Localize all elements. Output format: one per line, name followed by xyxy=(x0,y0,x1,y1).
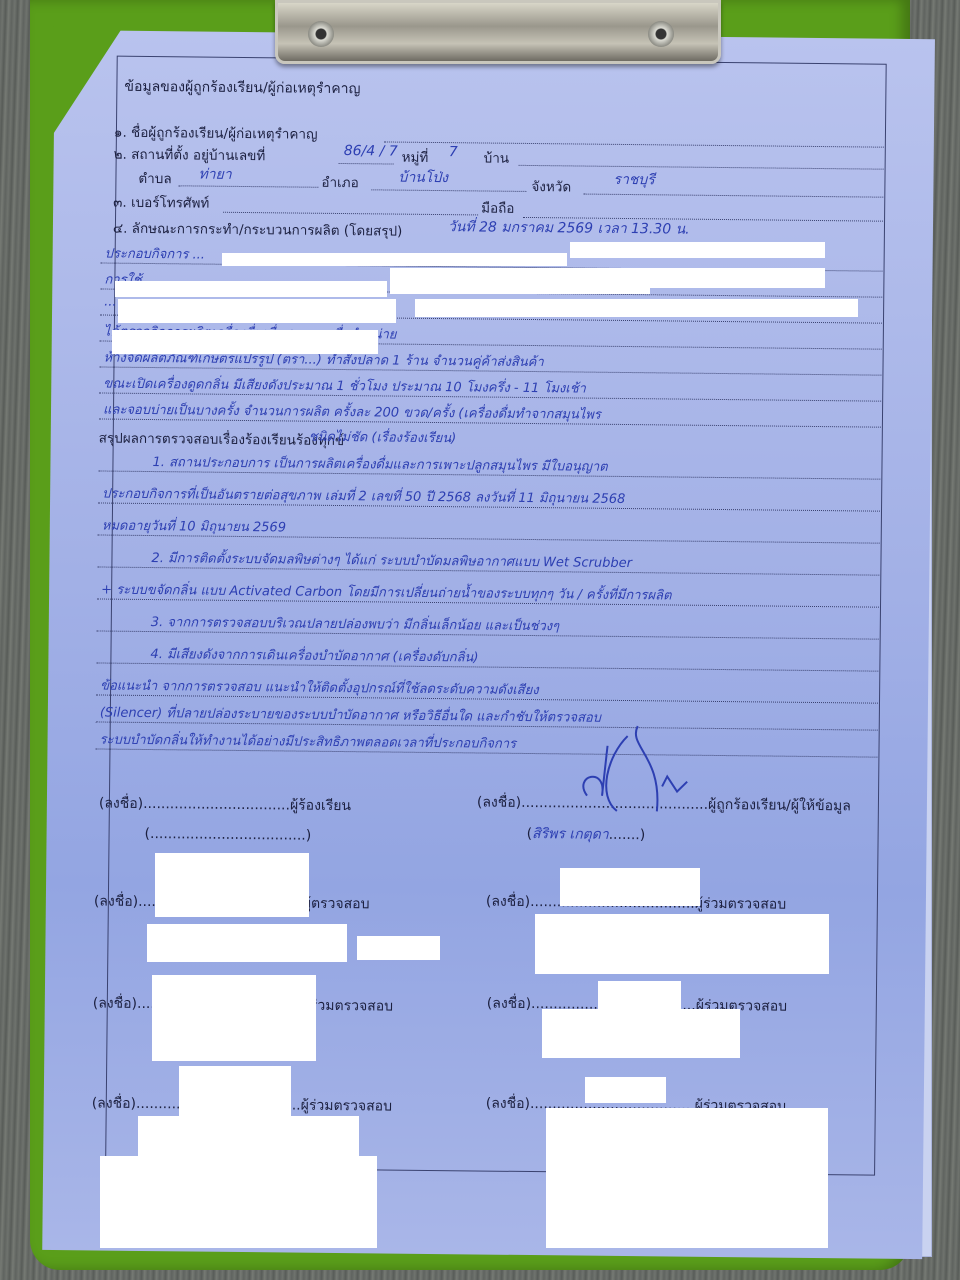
redaction-box xyxy=(179,1066,291,1116)
rivet xyxy=(308,21,334,47)
redaction-box xyxy=(222,253,567,266)
summary-label: สรุปผลการตรวจสอบเรื่องร้องเรียนร้องทุกข์ xyxy=(99,426,345,451)
redaction-box xyxy=(585,1077,666,1103)
redaction-box xyxy=(415,299,858,317)
moo-value[interactable]: 7 xyxy=(449,144,458,160)
sign-label: (ลงชื่อ) xyxy=(487,996,531,1012)
summary-intro: ชนิดไม่ชัด (เรื่องร้องเรียน) xyxy=(309,426,457,449)
complainant-signature: (ลงชื่อ)................................… xyxy=(99,793,351,818)
sign-label: (ลงชื่อ) xyxy=(477,794,521,810)
mobile-label: มือถือ xyxy=(481,196,515,218)
co-inspector-role: ผู้ร่วมตรวจสอบ xyxy=(301,1098,392,1115)
redaction-box xyxy=(570,242,825,258)
redaction-box xyxy=(118,299,396,323)
folded-corner xyxy=(52,26,123,137)
respondent-signature-mark xyxy=(567,715,718,817)
amphoe-value[interactable]: บ้านโป่ง xyxy=(398,167,448,190)
moo-label: หมู่ที่ xyxy=(402,146,429,168)
redaction-box xyxy=(542,1009,740,1058)
inspector-role: ผู้ตรวจสอบ xyxy=(303,896,370,913)
respondent-name-paren: (สิริพร เกตุดา.......) xyxy=(526,823,645,846)
redaction-box xyxy=(155,853,309,917)
sign-label: (ลงชื่อ) xyxy=(92,1095,136,1111)
activity-label: ๔. ลักษณะการกระทำ/กระบวนการผลิต (โดยสรุป… xyxy=(113,217,403,242)
sign-label: (ลงชื่อ) xyxy=(486,894,530,910)
sign-label: (ลงชื่อ) xyxy=(99,796,143,812)
complainant-role: ผู้ร้องเรียน xyxy=(290,798,351,815)
province-label: จังหวัด xyxy=(531,175,571,197)
name-label: ๑. ชื่อผู้ถูกร้องเรียน/ผู้ก่อเหตุรำคาญ xyxy=(114,121,318,145)
redaction-box xyxy=(138,1116,359,1156)
section-title: ข้อมูลของผู้ถูกร้องเรียน/ผู้ก่อเหตุรำคาญ xyxy=(124,76,360,100)
redaction-box xyxy=(390,268,825,288)
handwritten-line: ระบบบำบัดกลิ่นให้ทำงานได้อย่างมีประสิทธิ… xyxy=(99,729,516,754)
province-value[interactable]: ราชบุรี xyxy=(613,169,655,191)
signature-dots[interactable]: ................................. xyxy=(143,796,290,814)
activity-date: วันที่ 28 มกราคม 2569 เวลา 13.30 น. xyxy=(448,216,690,241)
handwritten-line: 4. มีเสียงดังจากการเดินเครื่องบำบัดอากาศ… xyxy=(150,643,478,667)
redaction-box xyxy=(598,981,681,1009)
rivet xyxy=(648,21,674,47)
sign-label: (ลงชื่อ) xyxy=(94,893,138,909)
redaction-box xyxy=(112,330,378,354)
handwritten-line: 3. จากการตรวจสอบบริเวณปลายปล่องพบว่า มีก… xyxy=(151,611,559,636)
redaction-box xyxy=(535,914,829,974)
amphoe-label: อำเภอ xyxy=(321,171,359,193)
respondent-name: สิริพร เกตุดา xyxy=(532,826,609,843)
tambon-value[interactable]: ท่ายา xyxy=(198,164,231,186)
handwritten-line: ประกอบกิจการ ... xyxy=(105,243,206,265)
address-label: ๒. สถานที่ตั้ง อยู่บ้านเลขที่ xyxy=(114,143,266,167)
respondent-role: ผู้ถูกร้องเรียน/ผู้ให้ข้อมูล xyxy=(708,797,851,814)
clipboard-clip[interactable] xyxy=(275,0,721,64)
redaction-box xyxy=(390,288,650,294)
redaction-box xyxy=(560,868,700,906)
phone-label: ๓. เบอร์โทรศัพท์ xyxy=(113,191,209,214)
sign-label: (ลงชื่อ) xyxy=(93,995,137,1011)
redaction-box xyxy=(115,281,387,297)
redaction-box xyxy=(152,975,316,1061)
village-label: บ้าน xyxy=(484,146,510,168)
handwritten-line: หมดอายุวันที่ 10 มิถุนายน 2569 xyxy=(102,515,286,538)
complainant-name-paren[interactable]: (...................................) xyxy=(145,826,312,844)
sign-label: (ลงชื่อ) xyxy=(486,1096,530,1112)
redaction-box xyxy=(100,1156,377,1248)
co-inspector-role: ผู้ร่วมตรวจสอบ xyxy=(695,896,786,913)
house-no-value[interactable]: 86/4 / 7 xyxy=(344,143,398,160)
redaction-box xyxy=(546,1108,828,1248)
tambon-label: ตำบล xyxy=(138,167,171,189)
form-sheet: ข้อมูลของผู้ถูกร้องเรียน/ผู้ก่อเหตุรำคาญ… xyxy=(42,30,935,1259)
redaction-box xyxy=(147,924,347,962)
redaction-box xyxy=(357,936,440,960)
